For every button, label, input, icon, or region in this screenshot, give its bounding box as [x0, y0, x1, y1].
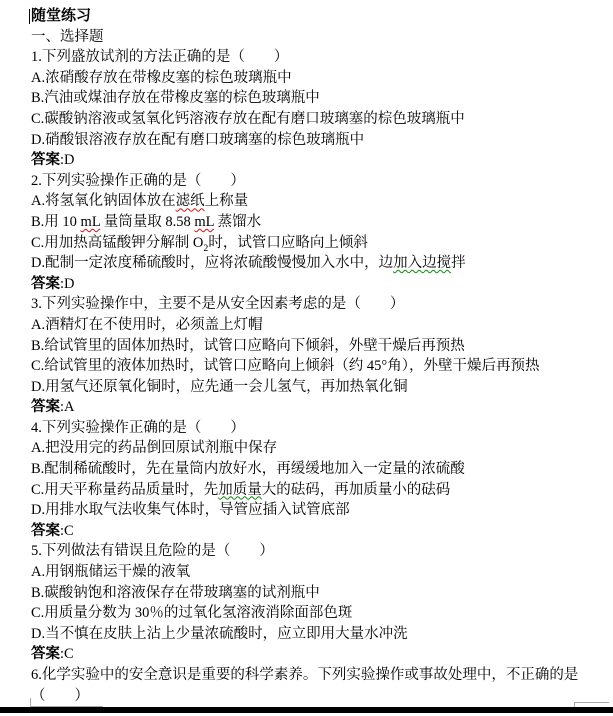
page-break-bar — [0, 707, 613, 713]
question-3-option-c: C.给试管里的液体加热时，试管口应略向上倾斜（约 45°角），外壁干燥后再预热 — [31, 356, 605, 377]
answer-value: :C — [60, 646, 74, 662]
answer-label: 答案 — [31, 152, 60, 168]
question-5-option-a: A.用钢瓶储运干燥的液氧 — [31, 562, 605, 583]
question-4-option-a: A.把没用完的药品倒回原试剂瓶中保存 — [31, 438, 605, 459]
question-5-option-c: C.用质量分数为 30％的过氧化氢溶液消除面部色斑 — [31, 603, 605, 624]
text-cursor — [29, 9, 30, 24]
question-5-option-b: B.碳酸钠饱和溶液保存在带玻璃塞的试剂瓶中 — [31, 583, 605, 604]
question-4-option-d: D.用排水取气法收集气体时，导管应插入试管底部 — [31, 500, 605, 521]
question-2-stem: 2.下列实验操作正确的是（ ） — [31, 171, 605, 192]
text-area[interactable]: 随堂练习 一、选择题 1.下列盛放试剂的方法正确的是（ ） A.浓硝酸存放在带橡… — [31, 6, 605, 706]
question-4-option-c: C.用天平称量药品质量时，先加质量大的砝码，再加质量小的砝码 — [31, 480, 605, 501]
question-3-option-d: D.用氢气还原氧化铜时，应先通一会儿氢气，再加热氧化铜 — [31, 377, 605, 398]
document-title: 随堂练习 — [31, 6, 605, 27]
question-5-answer: 答案:C — [31, 644, 605, 665]
question-3-option-a: A.酒精灯在不使用时，必须盖上灯帽 — [31, 315, 605, 336]
question-5-option-d: D.当不慎在皮肤上沾上少量浓硫酸时，应立即用大量水冲洗 — [31, 624, 605, 645]
question-1-option-d: D.硝酸银溶液存放在配有磨口玻璃塞的棕色玻璃瓶中 — [31, 130, 605, 151]
question-1-option-c: C.碳酸钠溶液或氢氧化钙溶液存放在配有磨口玻璃塞的棕色玻璃瓶中 — [31, 109, 605, 130]
question-3-answer: 答案:A — [31, 397, 605, 418]
question-1-answer: 答案:D — [31, 150, 605, 171]
answer-value: :D — [60, 276, 75, 292]
question-3-stem: 3.下列实验操作中，主要不是从安全因素考虑的是（ ） — [31, 294, 605, 315]
question-2-option-c: C.用加热高锰酸钾分解制 O2时，试管口应略向上倾斜 — [31, 233, 605, 254]
question-6-stem: 6.化学实验中的安全意识是重要的科学素养。下列实验操作或事故处理中，不正确的是 — [31, 665, 605, 686]
question-5-stem: 5.下列做法有错误且危险的是（ ） — [31, 541, 605, 562]
document-page: 随堂练习 一、选择题 1.下列盛放试剂的方法正确的是（ ） A.浓硝酸存放在带橡… — [0, 0, 613, 716]
answer-value: :D — [60, 152, 75, 168]
question-3-option-b: B.给试管里的固体加热时，试管口应略向下倾斜，外壁干燥后再预热 — [31, 336, 605, 357]
answer-value: :C — [60, 523, 74, 539]
answer-label: 答案 — [31, 646, 60, 662]
question-1-option-a: A.浓硝酸存放在带橡皮塞的棕色玻璃瓶中 — [31, 68, 605, 89]
question-2-option-d: D.配制一定浓度稀硫酸时，应将浓硫酸慢慢加入水中，边加入边搅拌 — [31, 253, 605, 274]
question-6-stem-continuation: （ ） — [31, 686, 605, 707]
question-2-option-b: B.用 10 mL 量筒量取 8.58 mL 蒸馏水 — [31, 212, 605, 233]
answer-value: :A — [60, 399, 75, 415]
answer-label: 答案 — [31, 399, 60, 415]
question-2-option-a: A.将氢氧化钠固体放在滤纸上称量 — [31, 191, 605, 212]
question-4-stem: 4.下列实验操作正确的是（ ） — [31, 418, 605, 439]
question-2-answer: 答案:D — [31, 274, 605, 295]
question-4-option-b: B.配制稀硫酸时，先在量筒内放好水，再缓缓地加入一定量的浓硫酸 — [31, 459, 605, 480]
section-heading: 一、选择题 — [31, 27, 605, 48]
answer-label: 答案 — [31, 523, 60, 539]
question-1-stem: 1.下列盛放试剂的方法正确的是（ ） — [31, 47, 605, 68]
question-4-answer: 答案:C — [31, 521, 605, 542]
question-1-option-b: B.汽油或煤油存放在带橡皮塞的棕色玻璃瓶中 — [31, 88, 605, 109]
text-boundary-mark-left — [30, 698, 103, 707]
answer-label: 答案 — [31, 276, 60, 292]
